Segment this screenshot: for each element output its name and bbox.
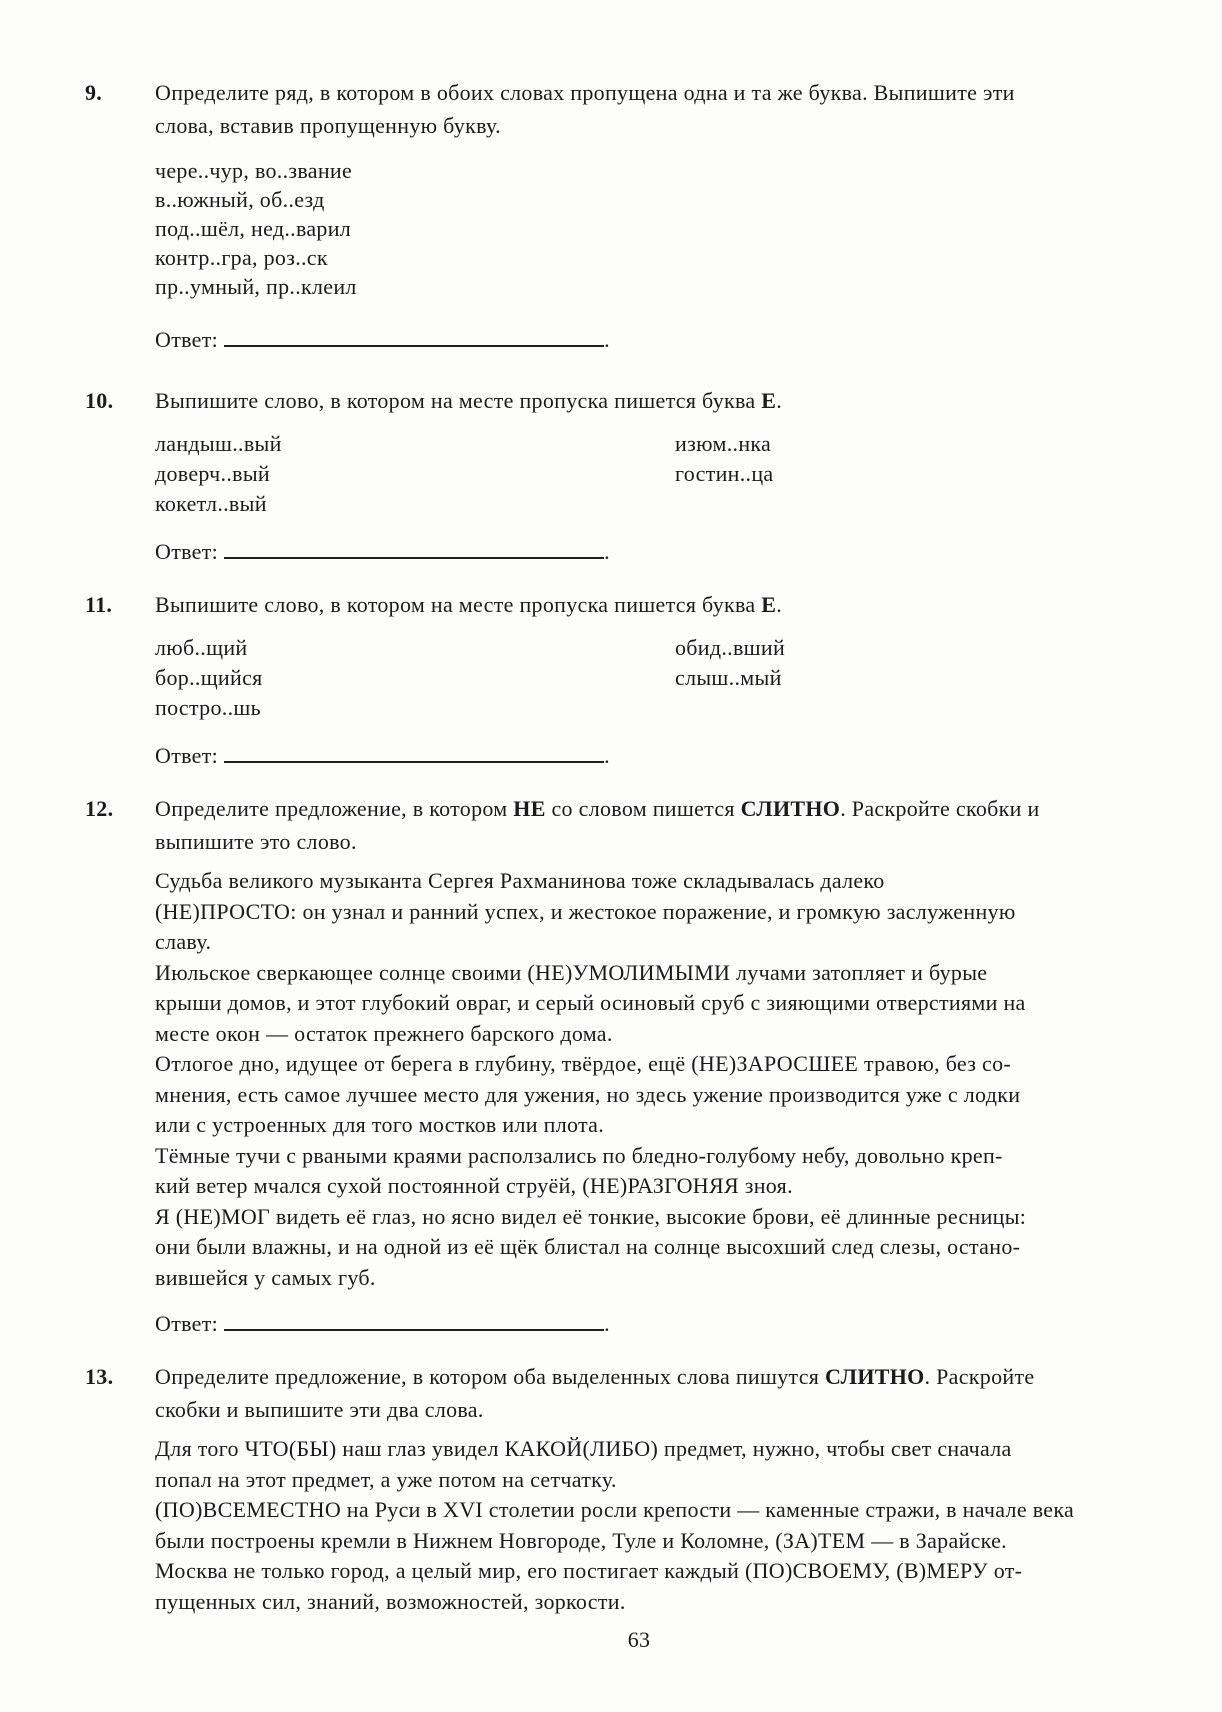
text-line: гостин..ца bbox=[675, 459, 774, 489]
question-9: 9. Определите ряд, в котором в обоих сло… bbox=[0, 76, 1222, 356]
text-line: были построены кремли в Нижнем Новгороде… bbox=[155, 1526, 1200, 1557]
word-options-list: чере..чур, во..званиев..южный, об..ездпо… bbox=[155, 156, 1200, 301]
answer-label: Ответ: bbox=[155, 1311, 218, 1336]
question-prompt: Определите ряд, в котором в обоих словах… bbox=[155, 76, 1200, 142]
text-line: под..шёл, нед..варил bbox=[155, 214, 1200, 243]
text-line: изюм..нка bbox=[675, 429, 774, 459]
text-line: вившейся у самых губ. bbox=[155, 1263, 1200, 1294]
sentence-options: Для того ЧТО(БЫ) наш глаз увидел КАКОЙ(Л… bbox=[155, 1434, 1200, 1617]
answer-blank[interactable] bbox=[224, 737, 604, 763]
answer-period: . bbox=[604, 539, 610, 564]
text-line: или с устроенных для того мостков или пл… bbox=[155, 1110, 1200, 1141]
word-options-column-2: обид..вшийслыш..мый bbox=[675, 633, 785, 693]
text-line: Москва не только город, а целый мир, его… bbox=[155, 1556, 1200, 1587]
question-13: 13. Определите предложение, в котором об… bbox=[0, 1360, 1222, 1617]
answer-blank[interactable] bbox=[224, 533, 604, 559]
text-line: пущенных сил, знаний, возможностей, зорк… bbox=[155, 1587, 1200, 1618]
text-line: постро..шь bbox=[155, 693, 1200, 723]
question-number: 12. bbox=[85, 792, 113, 825]
answer-row: Ответ:. bbox=[155, 737, 1200, 772]
text-line: Выпишите слово, в котором на месте пропу… bbox=[155, 384, 1200, 417]
question-number: 11. bbox=[85, 588, 112, 621]
text-line: слыш..мый bbox=[675, 663, 785, 693]
page-number: 63 bbox=[0, 1625, 1222, 1655]
text-line: кий ветер мчался сухой постоянной струёй… bbox=[155, 1171, 1200, 1202]
text-line: попал на этот предмет, а уже потом на се… bbox=[155, 1465, 1200, 1496]
word-options-columns: люб..щийбор..щийсяпостро..шь обид..вшийс… bbox=[155, 633, 1200, 723]
answer-row: Ответ:. bbox=[155, 533, 1200, 568]
sentence-options: Судьба великого музыканта Сергея Рахмани… bbox=[155, 866, 1200, 1293]
scanned-exam-page: 9. Определите ряд, в котором в обоих сло… bbox=[0, 0, 1222, 1712]
text-line: месте окон — остаток прежнего барского д… bbox=[155, 1019, 1200, 1050]
text-line: Определите предложение, в котором НЕ со … bbox=[155, 792, 1200, 825]
question-prompt: Выпишите слово, в котором на месте пропу… bbox=[155, 384, 1200, 417]
question-10: 10. Выпишите слово, в котором на месте п… bbox=[0, 384, 1222, 568]
text-line: Отлогое дно, идущее от берега в глубину,… bbox=[155, 1049, 1200, 1080]
question-prompt: Определите предложение, в котором НЕ со … bbox=[155, 792, 1200, 858]
answer-blank[interactable] bbox=[224, 321, 604, 347]
text-line: крыши домов, и этот глубокий овраг, и се… bbox=[155, 988, 1200, 1019]
answer-period: . bbox=[604, 327, 610, 352]
text-line: мнения, есть самое лучшее место для ужен… bbox=[155, 1080, 1200, 1111]
text-line: чере..чур, во..звание bbox=[155, 156, 1200, 185]
answer-label: Ответ: bbox=[155, 743, 218, 768]
word-options-columns: ландыш..выйдоверч..выйкокетл..вый изюм..… bbox=[155, 429, 1200, 519]
text-line: славу. bbox=[155, 927, 1200, 958]
text-line: Тёмные тучи с рваными краями расползалис… bbox=[155, 1141, 1200, 1172]
text-line: контр..гра, роз..ск bbox=[155, 243, 1200, 272]
text-line: (НЕ)ПРОСТО: он узнал и ранний успех, и ж… bbox=[155, 897, 1200, 928]
answer-label: Ответ: bbox=[155, 539, 218, 564]
text-line: кокетл..вый bbox=[155, 489, 1200, 519]
text-line: Июльское сверкающее солнце своими (НЕ)УМ… bbox=[155, 958, 1200, 989]
question-prompt: Определите предложение, в котором оба вы… bbox=[155, 1360, 1200, 1426]
answer-row: Ответ:. bbox=[155, 1305, 1200, 1340]
answer-row: Ответ:. bbox=[155, 321, 1200, 356]
question-11: 11. Выпишите слово, в котором на месте п… bbox=[0, 588, 1222, 772]
text-line: скобки и выпишите эти два слова. bbox=[155, 1393, 1200, 1426]
word-options-column-2: изюм..нкагостин..ца bbox=[675, 429, 774, 489]
question-12: 12. Определите предложение, в котором НЕ… bbox=[0, 792, 1222, 1340]
text-line: пр..умный, пр..клеил bbox=[155, 272, 1200, 301]
text-line: обид..вший bbox=[675, 633, 785, 663]
question-number: 13. bbox=[85, 1360, 113, 1393]
answer-blank[interactable] bbox=[224, 1305, 604, 1331]
text-line: Определите предложение, в котором оба вы… bbox=[155, 1360, 1200, 1393]
text-line: Для того ЧТО(БЫ) наш глаз увидел КАКОЙ(Л… bbox=[155, 1434, 1200, 1465]
text-line: Определите ряд, в котором в обоих словах… bbox=[155, 76, 1200, 109]
text-line: слова, вставив пропущенную букву. bbox=[155, 109, 1200, 142]
question-number: 9. bbox=[85, 76, 102, 109]
question-number: 10. bbox=[85, 384, 113, 417]
text-line: (ПО)ВСЕМЕСТНО на Руси в XVI столетии рос… bbox=[155, 1495, 1200, 1526]
text-line: Судьба великого музыканта Сергея Рахмани… bbox=[155, 866, 1200, 897]
answer-label: Ответ: bbox=[155, 327, 218, 352]
answer-period: . bbox=[604, 743, 610, 768]
text-line: в..южный, об..езд bbox=[155, 185, 1200, 214]
text-line: выпишите это слово. bbox=[155, 825, 1200, 858]
answer-period: . bbox=[604, 1311, 610, 1336]
question-prompt: Выпишите слово, в котором на месте пропу… bbox=[155, 588, 1200, 621]
text-line: Выпишите слово, в котором на месте пропу… bbox=[155, 588, 1200, 621]
text-line: они были влажны, и на одной из её щёк бл… bbox=[155, 1232, 1200, 1263]
text-line: Я (НЕ)МОГ видеть её глаз, но ясно видел … bbox=[155, 1202, 1200, 1233]
